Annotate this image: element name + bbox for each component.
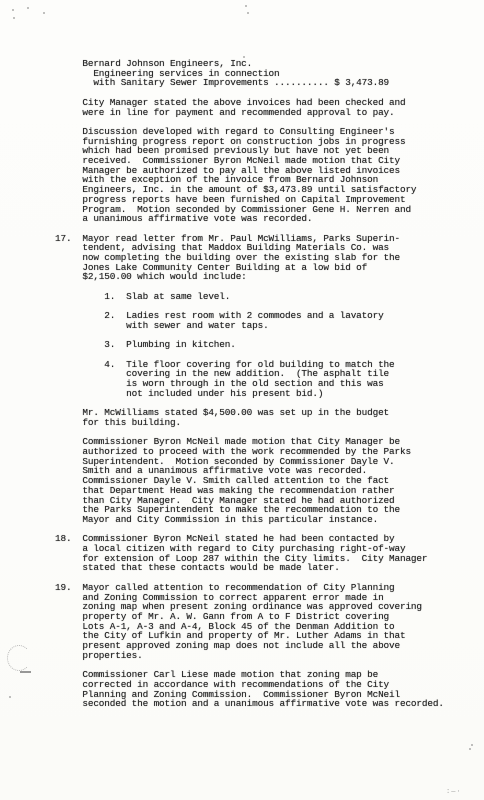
item-17-sub-2: 2. Ladies rest room with 2 commodes and … <box>55 311 444 330</box>
item-17-budget-note: Mr. McWilliams stated $4,500.00 was set … <box>55 408 444 427</box>
scan-corner-smudge: :—· <box>446 789 472 797</box>
scanned-minutes-page: Bernard Johnson Engineers, Inc. Engineer… <box>0 0 484 800</box>
item-17-motion: Commissioner Byron McNeil made motion th… <box>55 437 444 524</box>
scan-speck <box>43 12 45 14</box>
minutes-text-column: Bernard Johnson Engineers, Inc. Engineer… <box>55 59 444 719</box>
scan-speck <box>243 56 245 58</box>
para-progress-reports-discussion: Discussion developed with regard to Cons… <box>55 127 444 224</box>
item-17-sub-4: 4. Tile floor covering for old building … <box>55 360 444 399</box>
scan-smudge-ring <box>7 645 31 671</box>
item-19-motion: Commissioner Carl Liese made motion that… <box>55 670 444 709</box>
scan-speck <box>12 9 14 11</box>
scan-speck <box>13 17 15 19</box>
item-19-intro: 19. Mayor called attention to recommenda… <box>55 583 444 661</box>
item-18: 18. Commissioner Byron McNeil stated he … <box>55 534 444 573</box>
scan-speck <box>471 744 473 746</box>
invoice-summary: Bernard Johnson Engineers, Inc. Engineer… <box>55 59 444 88</box>
item-17-sub-1: 1. Slab at same level. <box>55 292 444 302</box>
scan-speck <box>247 12 249 14</box>
scan-speck <box>27 7 29 9</box>
scan-smudge-dash <box>20 671 31 673</box>
para-invoices-approval: City Manager stated the above invoices h… <box>55 98 444 117</box>
item-17-sub-3: 3. Plumbing in kitchen. <box>55 340 444 350</box>
scan-speck <box>245 5 247 7</box>
scan-speck <box>9 696 11 698</box>
item-17-intro: 17. Mayor read letter from Mr. Paul McWi… <box>55 234 444 283</box>
scan-speck <box>469 748 471 750</box>
